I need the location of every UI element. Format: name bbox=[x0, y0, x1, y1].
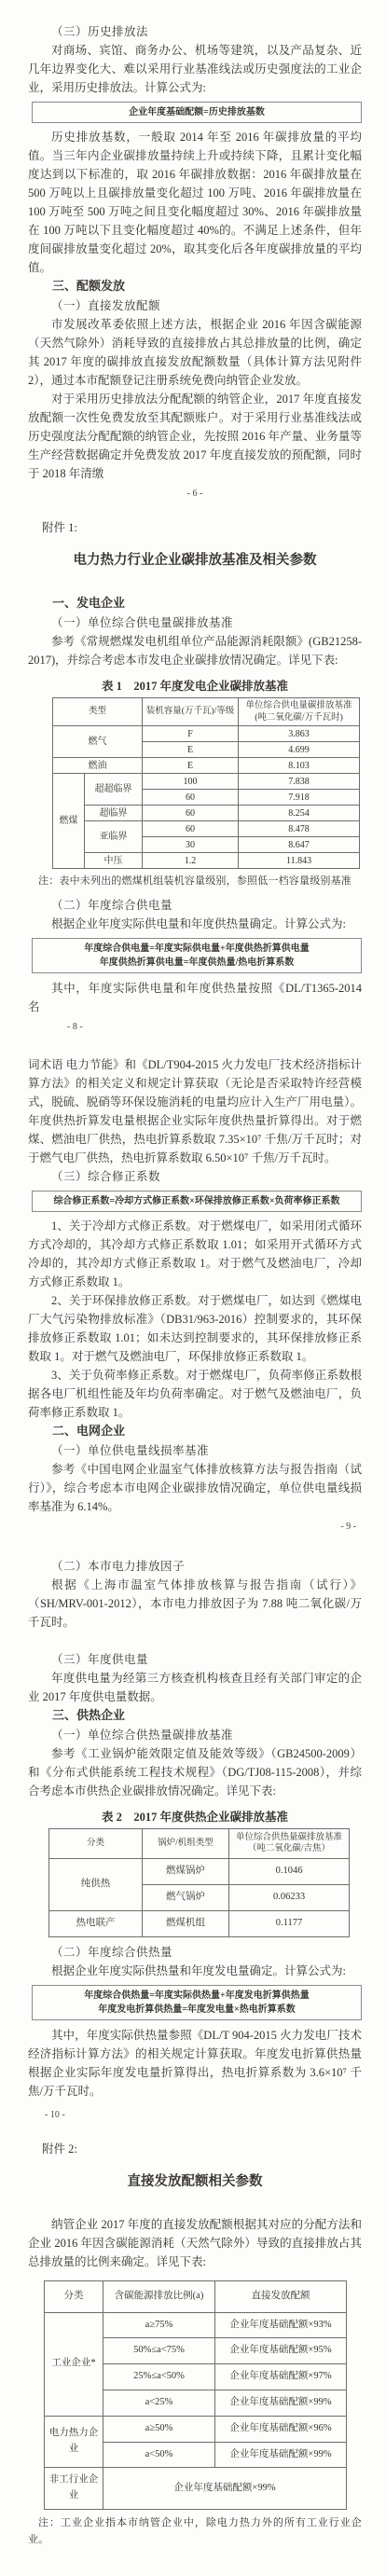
table3-note: 注：工业企业指本市纳管企业中，除电力热力外的所有工业行业企业。 bbox=[28, 2515, 362, 2548]
document-page: （三）历史排放法 对商场、宾馆、商务办公、机场等建筑，以及产品复杂、近几年边界变… bbox=[0, 0, 386, 2576]
table3-header-allocation: 直接发放配额 bbox=[215, 2280, 347, 2312]
formula-box-heat-total: 年度综合供热量=年度实际供热量+年度发电折算供热量 年度发电折算供热量=年度发电… bbox=[32, 1985, 362, 2020]
annex1-label: 附件 1: bbox=[28, 518, 362, 537]
table1-header-benchmark: 单位综合供电量碳排放基准 (吨二氧化碳/万千瓦时) bbox=[239, 697, 360, 726]
table2-header-category: 分类 bbox=[49, 1828, 143, 1859]
formula-box-power-total: 年度综合供电量=年度实际供电量+年度供热折算供电量 年度供热折算供电量=年度供热… bbox=[32, 938, 362, 973]
cell-industrial: 工业企业* bbox=[45, 2312, 103, 2416]
para-correction-environment: 2、关于环保排放修正系数。对于燃煤电厂，如达到《燃煤电厂大气污染物排放标准》（D… bbox=[28, 1291, 362, 1366]
table-row: 工业企业* a≥75% 企业年度基础配额×93% bbox=[45, 2312, 347, 2338]
heading-line-loss: （一）单位供电量线损率基准 bbox=[28, 1441, 362, 1460]
formula-correction: 综合修正系数=冷却方式修正系数×环保排放修正系数×负荷率修正系数 bbox=[38, 1194, 355, 1208]
table2-caption: 表 2 2017 年度供热企业碳排放基准 bbox=[28, 1808, 362, 1826]
cell-non-industrial: 非工行业企业 bbox=[45, 2468, 103, 2510]
table-row: 类型 装机容量(万千瓦)/等级 单位综合供电量碳排放基准 (吨二氧化碳/万千瓦时… bbox=[53, 697, 360, 726]
page-number-10: - 10 - bbox=[45, 2108, 362, 2123]
heading-emission-factor: （二）本市电力排放因子 bbox=[28, 1557, 362, 1576]
para-annual-supply: 年度供电量为经第三方核查机构核查且经有关部门审定的企业 2017 年度供电量数据… bbox=[28, 1669, 362, 1706]
para-annual-power: 根据企业年度实际供电量和年度供热量确定。计算公式为: bbox=[28, 915, 362, 933]
table-row: 亚临界 60 8.478 bbox=[53, 821, 360, 837]
table-row: 电力热力企业 a≥50% 企业年度基础配额×96% bbox=[45, 2416, 347, 2442]
formula-heat-total-1: 年度综合供热量=年度实际供热量+年度发电折算供热量 bbox=[38, 1989, 355, 2003]
table1-caption: 表 1 2017 年度发电企业碳排放基准 bbox=[28, 677, 362, 696]
para-heat-final: 其中，年度实际供热量参照《DL/T 904-2015 火力发电厂技术经济指标计算… bbox=[28, 2026, 362, 2101]
para-dlt-reference: 其中，年度实际供电量和年度供热量按照《DL/T1365-2014 名 bbox=[28, 979, 362, 1016]
heading-direct-allocation: （一）直接发放配额 bbox=[28, 296, 362, 315]
page-break-gap bbox=[28, 1035, 362, 1055]
table-row: 中压 1.2 11.843 bbox=[53, 853, 360, 869]
para-annual-heat: 根据企业年度实际供热量和年度发电量确定。计算公式为: bbox=[28, 1962, 362, 1980]
page-number-9: - 9 - bbox=[28, 1520, 356, 1535]
para-emission-factor: 根据《上海市温室气体排放核算与报告指南（试行）》（SH/MRV-001-2012… bbox=[28, 1576, 362, 1632]
para-annex2-intro: 纳管企业 2017 年度的直接发放配额根据其对应的分配方法和企业 2016 年因… bbox=[28, 2215, 362, 2271]
table-row: 纯供热 燃煤锅炉 0.1046 bbox=[49, 1859, 350, 1885]
table-row: 燃气 F 3.863 bbox=[53, 726, 360, 742]
heading-history-emission-method: （三）历史排放法 bbox=[28, 22, 362, 41]
cell-supercritical: 超临界 bbox=[85, 806, 143, 821]
cell-ultra-supercritical: 超超临界 bbox=[85, 774, 143, 806]
table-row: 燃煤 超超临界 100 7.838 bbox=[53, 774, 360, 790]
table-row: 热电联产 燃煤机组 0.1177 bbox=[49, 1910, 350, 1936]
formula-heat-total-2: 年度发电折算供热量=年度发电量×热电折算系数 bbox=[38, 2003, 355, 2017]
cell-pure-heat: 纯供热 bbox=[49, 1859, 143, 1911]
table-row: 分类 含碳能源排放比例(a) 直接发放配额 bbox=[45, 2280, 347, 2312]
heading-heat-enterprise: 三、供热企业 bbox=[28, 1706, 362, 1726]
para-heat-reference: 参考《工业锅炉能效限定值及能效等级》（GB24500-2009）和《分布式供能系… bbox=[28, 1744, 362, 1800]
para-correction-cooling: 1、关于冷却方式修正系数。对于燃煤电厂，如采用闭式循环方式冷却的，其冷却方式修正… bbox=[28, 1217, 362, 1291]
table2-header-boiler-type: 锅炉/机组类型 bbox=[143, 1828, 229, 1859]
table1-header-capacity: 装机容量(万千瓦)/等级 bbox=[143, 697, 239, 726]
heading-heat-benchmark: （一）单位综合供热量碳排放基准 bbox=[28, 1726, 362, 1744]
para-benchmark-reference: 参考《常规燃煤发电机组单位产品能源消耗限额》(GB21258-2017)，并综合… bbox=[28, 632, 362, 669]
formula-box-base-allowance: 企业年度基础配额=历史排放基数 bbox=[32, 102, 362, 123]
table-power-benchmark: 类型 装机容量(万千瓦)/等级 单位综合供电量碳排放基准 (吨二氧化碳/万千瓦时… bbox=[52, 697, 360, 870]
table-row: 燃油 E 8.103 bbox=[53, 758, 360, 774]
cell-fuel-gas: 燃气 bbox=[53, 726, 143, 758]
cell-fuel-oil: 燃油 bbox=[53, 758, 143, 774]
cell-fuel-coal: 燃煤 bbox=[53, 774, 85, 869]
cell-medium-pressure: 中压 bbox=[85, 853, 143, 869]
para-direct-allocation-1: 市发展改革委依照上述方法，根据企业 2016 年因含碳能源（天然气除外）消耗导致… bbox=[28, 315, 362, 390]
para-correction-load: 3、关于负荷率修正系数。对于燃煤电厂，负荷率修正系数根据各电厂机组性能及年均负荷… bbox=[28, 1366, 362, 1422]
annex1-title: 电力热力行业企业碳排放基准及相关参数 bbox=[28, 550, 362, 572]
table-heat-benchmark: 分类 锅炉/机组类型 单位综合供热量碳排放基准 （吨二氧化碳/吉焦） 纯供热 燃… bbox=[48, 1828, 350, 1937]
table-row: 非工行业企业 企业年度基础配额×99% bbox=[45, 2468, 347, 2510]
formula-box-correction: 综合修正系数=冷却方式修正系数×环保排放修正系数×负荷率修正系数 bbox=[32, 1191, 362, 1212]
heading-grid-enterprise: 二、电网企业 bbox=[28, 1422, 362, 1441]
table1-note: 注：表中未列出的燃煤机组装机容量级别，参照低一档容量级别基准 bbox=[28, 874, 362, 890]
heading-unit-benchmark: （一）单位综合供电量碳排放基准 bbox=[28, 613, 362, 632]
para-continuation: 词术语 电力节能》和《DL/T904-2015 火力发电厂技术经济指标计算方法》… bbox=[28, 1055, 362, 1167]
heading-annual-supply: （三）年度供电量 bbox=[28, 1650, 362, 1669]
table3-header-category: 分类 bbox=[45, 2280, 103, 2312]
table-row: 超临界 60 8.254 bbox=[53, 806, 360, 821]
annex2-label: 附件 2: bbox=[28, 2140, 362, 2158]
para-history-base: 历史排放基数，一般取 2014 年至 2016 年碳排放量的平均值。当三年内企业… bbox=[28, 128, 362, 277]
heading-allocation: 三、配额发放 bbox=[28, 277, 362, 296]
para-line-loss: 参考《中国电网企业温室气体排放核算方法与报告指南（试行）》，综合考虑本市电网企业… bbox=[28, 1460, 362, 1516]
page-number-8: - 8 - bbox=[67, 1020, 362, 1035]
table2-header-benchmark: 单位综合供热量碳排放基准 （吨二氧化碳/吉焦） bbox=[229, 1828, 350, 1859]
heading-annual-heat: （二）年度综合供热量 bbox=[28, 1943, 362, 1962]
formula-power-total-1: 年度综合供电量=年度实际供电量+年度供热折算供电量 bbox=[38, 942, 355, 956]
heading-correction-factor: （三）综合修正系数 bbox=[28, 1167, 362, 1186]
formula-base-allowance: 企业年度基础配额=历史排放基数 bbox=[38, 105, 355, 119]
annex2-title: 直接发放配额相关参数 bbox=[28, 2171, 362, 2193]
cell-subcritical: 亚临界 bbox=[85, 821, 143, 853]
table1-header-type: 类型 bbox=[53, 697, 143, 726]
para-history-method-intro: 对商场、宾馆、商务办公、机场等建筑，以及产品复杂、近几年边界变化大、难以采用行业… bbox=[28, 41, 362, 97]
para-direct-allocation-2: 对于采用历史排放法分配配额的纳管企业，2017 年度直接发放配额一次性免费发放至… bbox=[28, 390, 362, 483]
heading-power-generation: 一、发电企业 bbox=[28, 594, 362, 613]
heading-annual-power: （二）年度综合供电量 bbox=[28, 896, 362, 915]
table3-header-ratio: 含碳能源排放比例(a) bbox=[103, 2280, 215, 2312]
cell-chp: 热电联产 bbox=[49, 1910, 143, 1936]
table-direct-allocation: 分类 含碳能源排放比例(a) 直接发放配额 工业企业* a≥75% 企业年度基础… bbox=[44, 2280, 347, 2510]
formula-power-total-2: 年度供热折算供电量=年度供热量/热电折算系数 bbox=[38, 956, 355, 970]
cell-power-heat: 电力热力企业 bbox=[45, 2416, 103, 2468]
page-number-6: - 6 - bbox=[28, 487, 362, 502]
table-row: 分类 锅炉/机组类型 单位综合供热量碳排放基准 （吨二氧化碳/吉焦） bbox=[49, 1828, 350, 1859]
